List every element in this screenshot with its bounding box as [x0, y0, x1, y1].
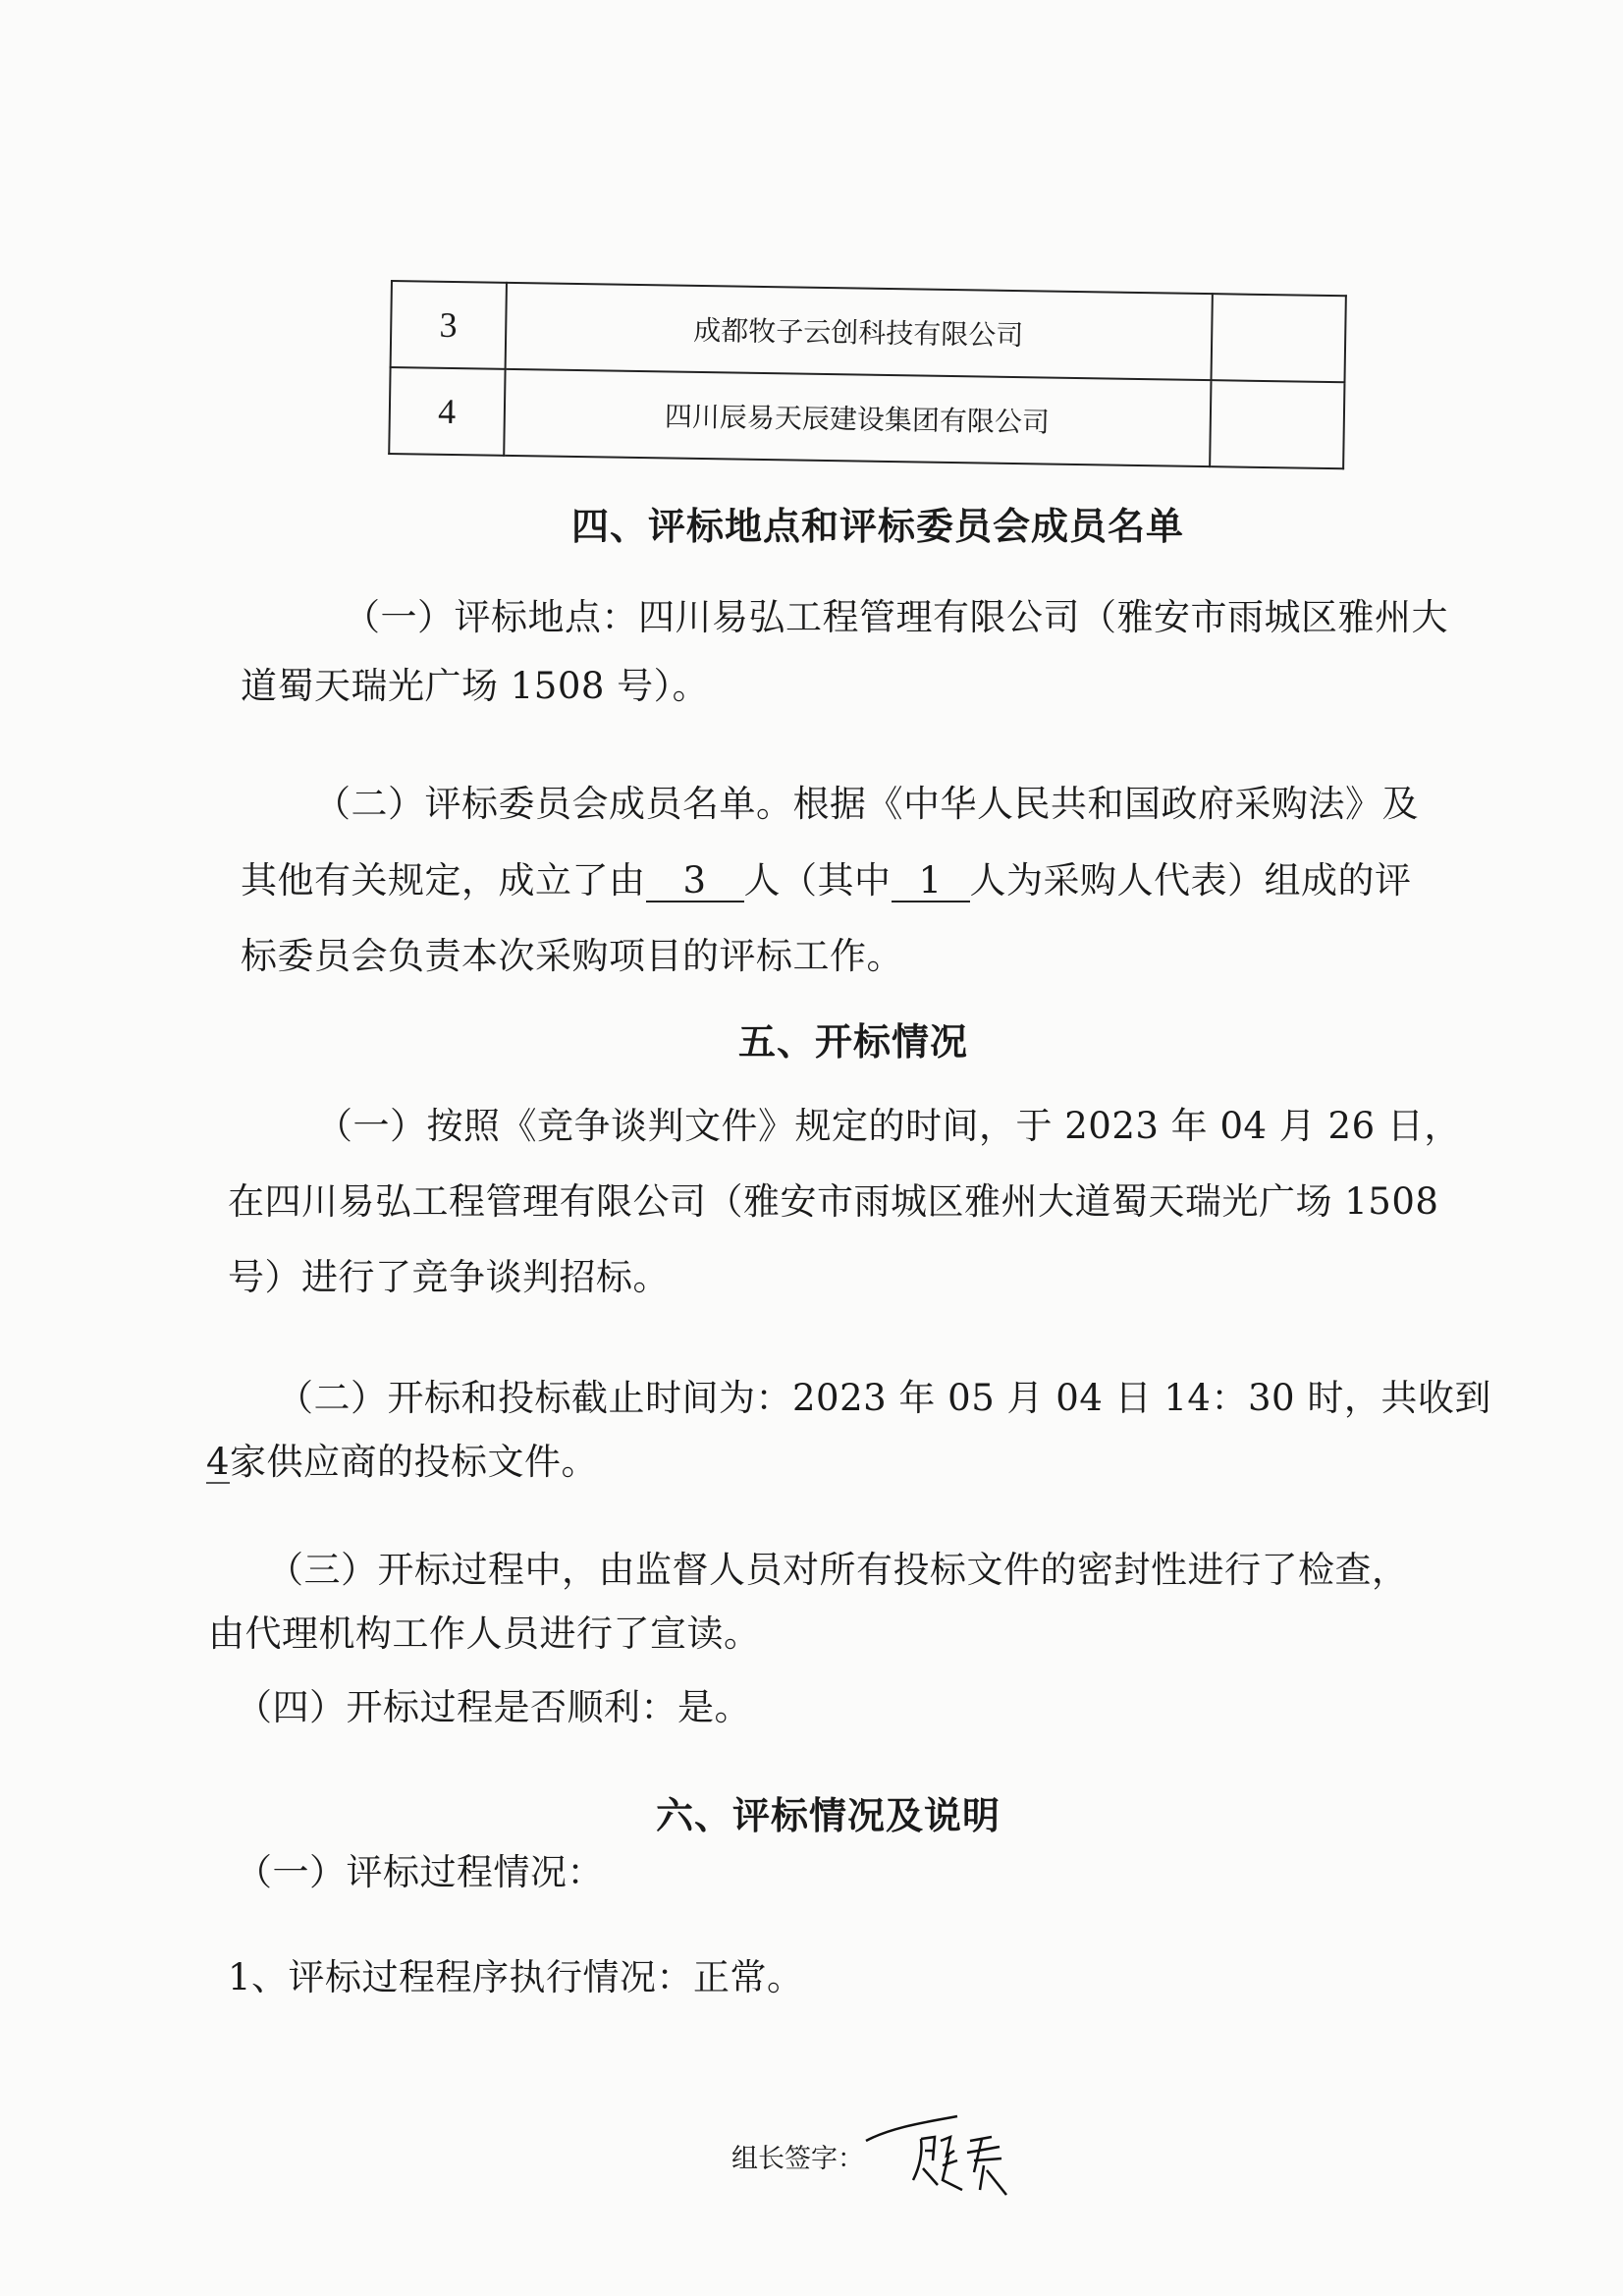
- table-row: 4 四川辰易天辰建设集团有限公司: [389, 367, 1344, 468]
- empty-cell: [1210, 380, 1345, 468]
- paragraph-inspection-cont: 由代理机构工作人员进行了宣读。: [208, 1596, 761, 1671]
- paragraph-committee: （二）评标委员会成员名单。根据《中华人民共和国政府采购法》及: [314, 766, 1419, 842]
- text-line: （一）按照《竞争谈判文件》规定的时间，于 2023 年 04 月 26 日，: [316, 1088, 1461, 1164]
- paragraph-eval-procedure: 1、评标过程程序执行情况：正常。: [228, 1940, 804, 2015]
- text-line: 道蜀天瑞光广场 1508 号）。: [241, 648, 709, 724]
- text-segment: 家供应商的投标文件。: [230, 1441, 598, 1483]
- text-line: （一）评标地点：四川易弘工程管理有限公司（雅安市雨城区雅州大: [344, 579, 1448, 655]
- text-line: 4家供应商的投标文件。: [206, 1424, 598, 1500]
- paragraph-deadline-cont: 4家供应商的投标文件。: [206, 1424, 598, 1500]
- text-line: 标委员会负责本次采购项目的评标工作。: [241, 918, 1412, 994]
- paragraph-opening-time: （一）按照《竞争谈判文件》规定的时间，于 2023 年 04 月 26 日，: [316, 1088, 1461, 1164]
- paragraph-opening-time-cont: 在四川易弘工程管理有限公司（雅安市雨城区雅州大道蜀天瑞光广场 1508 号）进行…: [228, 1164, 1438, 1315]
- paragraph-venue: （一）评标地点：四川易弘工程管理有限公司（雅安市雨城区雅州大: [344, 579, 1448, 655]
- handwritten-signature-icon: [864, 2111, 1041, 2200]
- document-page: 3 成都牧子云创科技有限公司 4 四川辰易天辰建设集团有限公司 四、评标地点和评…: [0, 0, 1623, 2296]
- text-line: （四）开标过程是否顺利：是。: [236, 1669, 751, 1745]
- section-heading-5: 五、开标情况: [738, 1011, 968, 1066]
- supplier-table: 3 成都牧子云创科技有限公司 4 四川辰易天辰建设集团有限公司: [388, 280, 1347, 469]
- members-total-blank: 3: [646, 861, 744, 902]
- row-number: 3: [391, 281, 507, 369]
- text-segment: 其他有关规定，成立了由: [241, 859, 646, 902]
- purchaser-reps-blank: 1: [892, 861, 970, 902]
- text-line: 其他有关规定，成立了由3人（其中1人为采购人代表）组成的评: [241, 843, 1412, 918]
- supplier-count: 4: [206, 1443, 230, 1484]
- text-segment: 人（其中: [744, 859, 892, 902]
- paragraph-smooth: （四）开标过程是否顺利：是。: [236, 1669, 751, 1745]
- row-number: 4: [389, 367, 505, 456]
- text-line: 在四川易弘工程管理有限公司（雅安市雨城区雅州大道蜀天瑞光广场 1508: [228, 1164, 1438, 1239]
- text-line: 号）进行了竞争谈判招标。: [228, 1239, 1438, 1315]
- paragraph-committee-cont: 其他有关规定，成立了由3人（其中1人为采购人代表）组成的评 标委员会负责本次采购…: [241, 843, 1412, 994]
- section-heading-6: 六、评标情况及说明: [656, 1785, 1001, 1839]
- empty-cell: [1211, 294, 1346, 382]
- table-row: 3 成都牧子云创科技有限公司: [391, 281, 1346, 382]
- text-line: （二）评标委员会成员名单。根据《中华人民共和国政府采购法》及: [314, 766, 1419, 842]
- text-segment: 人为采购人代表）组成的评: [970, 859, 1412, 902]
- section-heading-4: 四、评标地点和评标委员会成员名单: [571, 496, 1184, 550]
- signature-label: 组长签字：: [731, 2137, 864, 2175]
- paragraph-venue-cont: 道蜀天瑞光广场 1508 号）。: [241, 648, 709, 724]
- supplier-name: 四川辰易天辰建设集团有限公司: [504, 369, 1211, 466]
- text-line: 由代理机构工作人员进行了宣读。: [208, 1596, 761, 1671]
- supplier-name: 成都牧子云创科技有限公司: [505, 283, 1212, 380]
- text-line: 1、评标过程程序执行情况：正常。: [228, 1940, 804, 2015]
- text-line: （一）评标过程情况：: [236, 1834, 604, 1910]
- paragraph-eval-process: （一）评标过程情况：: [236, 1834, 604, 1910]
